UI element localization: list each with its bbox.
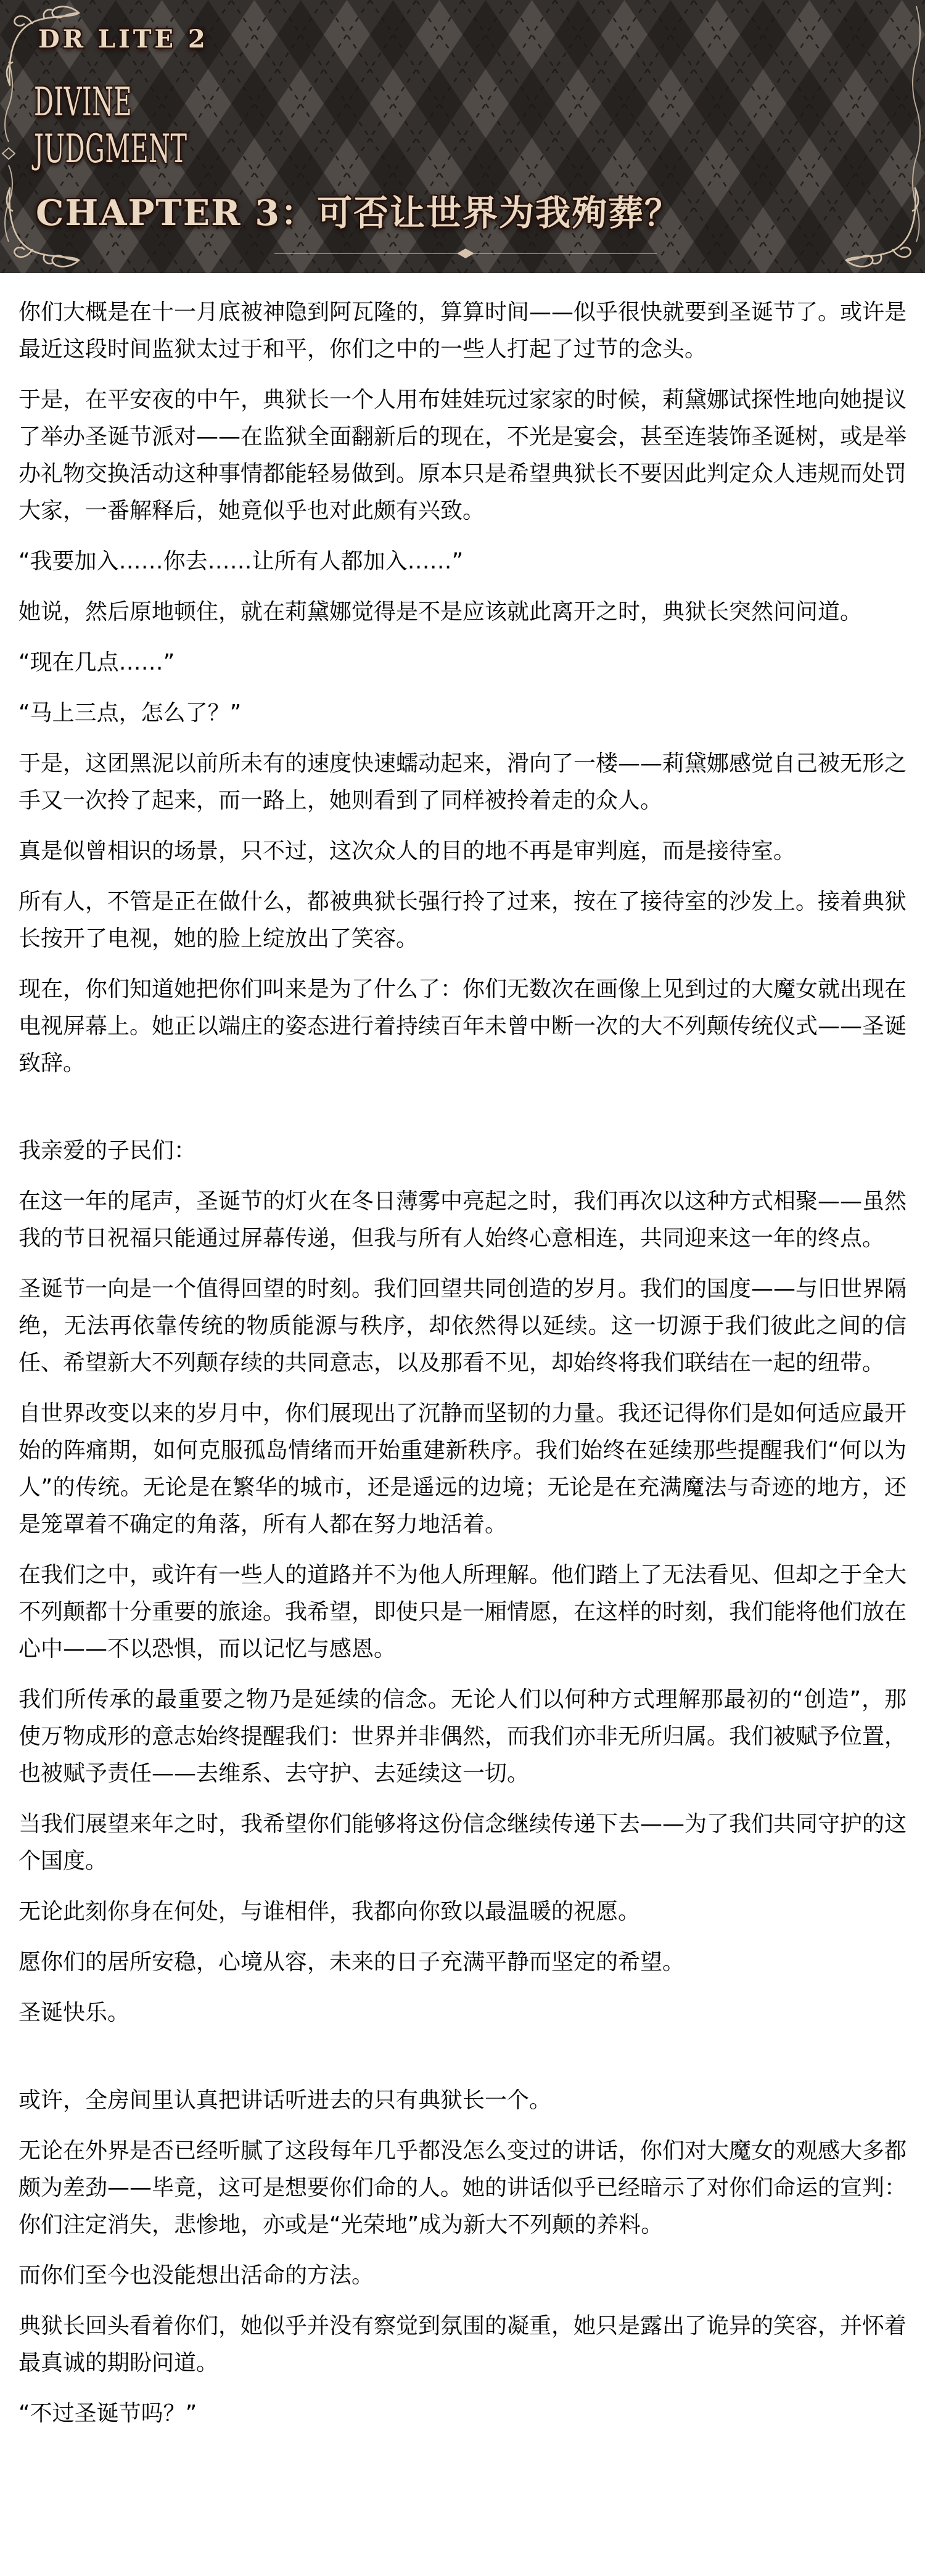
story-paragraph: 愿你们的居所安稳，心境从容，未来的日子充满平静而坚定的希望。 [18,1944,906,1981]
game-title-line2: JUDGMENT [34,126,187,173]
story-paragraph: 我们所传承的最重要之物乃是延续的信念。无论人们以何种方式理解那最初的“创造”，那… [18,1681,906,1792]
story-paragraph: 无论在外界是否已经听腻了这段每年几乎都没怎么变过的讲话，你们对大魔女的观感大多都… [18,2133,906,2244]
story-paragraph: 典狱长回头看着你们，她似乎并没有察觉到氛围的凝重，她只是露出了诡异的笑容，并怀着… [18,2308,906,2382]
story-paragraph: 所有人，不管是正在做什么，都被典狱长强行拎了过来，按在了接待室的沙发上。接着典狱… [18,884,906,958]
story-paragraph: 圣诞快乐。 [18,1995,906,2032]
story-paragraph: 真是似曾相识的场景，只不过，这次众人的目的地不再是审判庭，而是接待室。 [18,833,906,870]
story-paragraph: “不过圣诞节吗？” [18,2395,906,2432]
story-paragraph: “马上三点，怎么了？” [18,695,906,732]
story-paragraph: 她说，然后原地顿住，就在莉黛娜觉得是不是应该就此离开之时，典狱长突然问问道。 [18,594,906,631]
story-paragraph: 圣诞节一向是一个值得回望的时刻。我们回望共同创造的岁月。我们的国度——与旧世界隔… [18,1271,906,1382]
story-paragraph: 当我们展望来年之时，我希望你们能够将这份信念继续传递下去——为了我们共同守护的这… [18,1806,906,1880]
story-paragraph: 于是，这团黑泥以前所未有的速度快速蠕动起来，滑向了一楼——莉黛娜感觉自己被无形之… [18,745,906,819]
game-title-line1: DIVINE [34,79,187,126]
story-paragraph: 自世界改变以来的岁月中，你们展现出了沉静而坚韧的力量。我还记得你们是如何适应最开… [18,1395,906,1543]
story-paragraph: 我亲爱的子民们： [18,1133,906,1170]
story-content: 你们大概是在十一月底被神隐到阿瓦隆的，算算时间——似乎很快就要到圣诞节了。或许是… [0,273,925,2508]
story-paragraph: 现在，你们知道她把你们叫来是为了什么了：你们无数次在画像上见到过的大魔女就出现在… [18,971,906,1082]
story-paragraph: 无论此刻你身在何处，与谁相伴，我都向你致以最温暖的祝愿。 [18,1893,906,1930]
story-paragraph: 在我们之中，或许有一些人的道路并不为他人所理解。他们踏上了无法看见、但却之于全大… [18,1557,906,1668]
game-logo: DR LITE 2 [38,25,208,54]
story-paragraph: “我要加入……你去……让所有人都加入……” [18,543,906,580]
chapter-title: CHAPTER 3：可否让世界为我殉葬？ [36,185,681,236]
chapter-header: DR LITE 2 DIVINE JUDGMENT CHAPTER 3：可否让世… [0,0,925,273]
story-paragraph: 你们大概是在十一月底被神隐到阿瓦隆的，算算时间——似乎很快就要到圣诞节了。或许是… [18,294,906,368]
story-page: DR LITE 2 DIVINE JUDGMENT CHAPTER 3：可否让世… [0,0,925,2576]
story-paragraph: 或许，全房间里认真把讲话听进去的只有典狱长一个。 [18,2082,906,2119]
story-paragraph: 于是，在平安夜的中午，典狱长一个人用布娃娃玩过家家的时候，莉黛娜试探性地向她提议… [18,382,906,530]
story-paragraph: 在这一年的尾声，圣诞节的灯火在冬日薄雾中亮起之时，我们再次以这种方式相聚——虽然… [18,1183,906,1257]
game-title: DIVINE JUDGMENT [34,79,187,173]
story-paragraph: 而你们至今也没能想出活命的方法。 [18,2257,906,2294]
story-paragraph: “现在几点……” [18,644,906,681]
